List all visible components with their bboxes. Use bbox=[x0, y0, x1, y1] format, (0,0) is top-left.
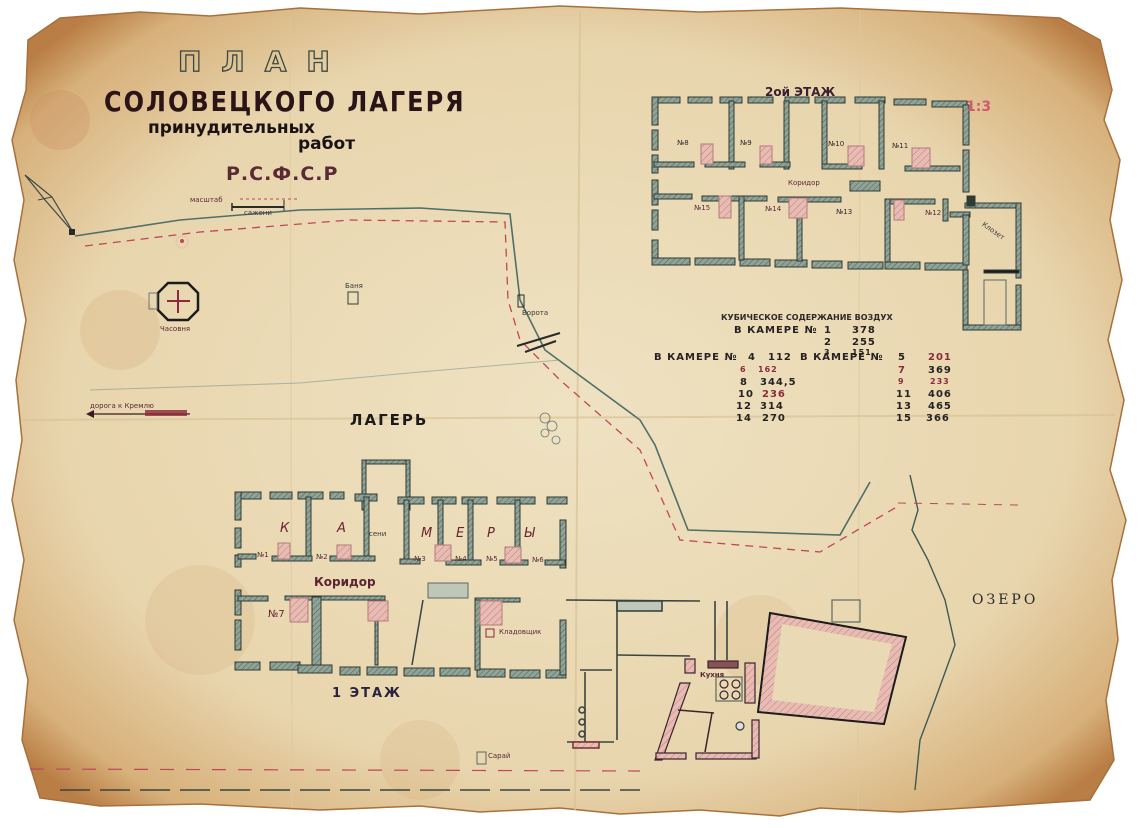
cell-number: №10 bbox=[828, 141, 844, 148]
air-row-prefix: В КАМЕРЕ № bbox=[800, 353, 883, 363]
air-row-value: 270 bbox=[762, 414, 786, 424]
cell-number: №12 bbox=[925, 210, 941, 217]
corner-note: 1:3 bbox=[966, 100, 991, 114]
kitchen-label: Кухня bbox=[700, 672, 724, 679]
cell-number: №15 bbox=[694, 205, 710, 212]
map-document: ПЛАН СОЛОВЕЦКОГО ЛАГЕРЯ принудительных р… bbox=[0, 0, 1140, 830]
cell-number: №8 bbox=[677, 140, 689, 147]
cell-number: №11 bbox=[892, 143, 908, 150]
air-row-value: 233 bbox=[930, 378, 950, 386]
air-row-value: 366 bbox=[926, 414, 950, 424]
floor2-label: 2ой ЭТАЖ bbox=[765, 86, 835, 98]
title-plan: ПЛАН bbox=[178, 48, 350, 76]
title-rsfsr: Р.С.Ф.С.Р bbox=[226, 165, 338, 184]
air-row-value: 162 bbox=[758, 366, 778, 374]
cells-letter: К bbox=[280, 522, 289, 535]
cell-number: №14 bbox=[765, 206, 781, 213]
storekeeper-label: Кладовщик bbox=[499, 629, 541, 636]
air-row-cell: 5 bbox=[898, 353, 906, 363]
air-row-cell: 2 bbox=[824, 338, 832, 348]
air-row-value: 369 bbox=[928, 366, 952, 376]
bath-label: Баня bbox=[345, 283, 363, 290]
air-row-value: 344,5 bbox=[760, 378, 797, 388]
air-row-value: 465 bbox=[928, 402, 952, 412]
cells-letter: Ы bbox=[524, 527, 535, 540]
cell-number: №13 bbox=[836, 209, 852, 216]
cell-number: №4 bbox=[455, 556, 467, 563]
air-row-value: 236 bbox=[762, 390, 786, 400]
shed-label: Сарай bbox=[488, 753, 510, 760]
camp-label: ЛАГЕРЬ bbox=[350, 413, 428, 428]
chapel-label: Часовня bbox=[160, 326, 190, 333]
cell-number: №5 bbox=[486, 556, 498, 563]
air-row-cell: 14 bbox=[736, 414, 752, 424]
floor1-label: 1 ЭТАЖ bbox=[332, 687, 402, 700]
vestibule-label: сени bbox=[369, 531, 386, 538]
title-forced: принудительных bbox=[148, 120, 315, 137]
cell-number: №2 bbox=[316, 554, 328, 561]
air-row-cell: 8 bbox=[740, 378, 748, 388]
air-row-cell: 7 bbox=[898, 366, 906, 376]
gate-label: Ворота bbox=[522, 310, 548, 317]
air-row-cell: 1 bbox=[824, 326, 832, 336]
title-solovetsky-camp: СОЛОВЕЦКОГО ЛАГЕРЯ bbox=[104, 88, 466, 116]
floor2-corridor-label: Коридор bbox=[788, 180, 820, 187]
cell-number: №6 bbox=[532, 557, 544, 564]
air-row-cell: 9 bbox=[898, 378, 905, 386]
floor1-corridor-label: Коридор bbox=[314, 576, 376, 588]
air-table-heading: КУБИЧЕСКОЕ СОДЕРЖАНИЕ ВОЗДУХ bbox=[721, 314, 893, 322]
air-row-value: 314 bbox=[760, 402, 784, 412]
air-row-cell: 11 bbox=[896, 390, 912, 400]
cell-number: №3 bbox=[414, 556, 426, 563]
air-row-value: 378 bbox=[852, 326, 876, 336]
lake-label: ОЗЕРО bbox=[972, 593, 1038, 607]
air-row-prefix: В КАМЕРЕ № bbox=[654, 353, 737, 363]
cell-number: №7 bbox=[268, 610, 285, 620]
scale-label: масштаб bbox=[190, 197, 223, 204]
air-row-value: 255 bbox=[852, 338, 876, 348]
air-row-cell: 6 bbox=[740, 366, 747, 374]
air-row-cell: 13 bbox=[896, 402, 912, 412]
road-label: дорога к Кремлю bbox=[90, 403, 154, 410]
air-row-prefix: В КАМЕРЕ № bbox=[734, 326, 817, 336]
cells-letter: М bbox=[421, 527, 432, 540]
air-row-cell: 15 bbox=[896, 414, 912, 424]
cells-letter: Е bbox=[456, 527, 464, 540]
cells-letter: А bbox=[337, 522, 346, 535]
title-labor: работ bbox=[298, 136, 355, 153]
cell-number: №1 bbox=[257, 552, 269, 559]
air-row-cell: 12 bbox=[736, 402, 752, 412]
air-row-cell: 10 bbox=[738, 390, 754, 400]
cells-letter: Р bbox=[487, 527, 495, 540]
air-row-value: 112 bbox=[768, 353, 792, 363]
scale-unit: сажени bbox=[244, 210, 272, 217]
cell-number: №9 bbox=[740, 140, 752, 147]
air-row-value: 406 bbox=[928, 390, 952, 400]
air-row-value: 201 bbox=[928, 353, 952, 363]
air-row-cell: 4 bbox=[748, 353, 756, 363]
